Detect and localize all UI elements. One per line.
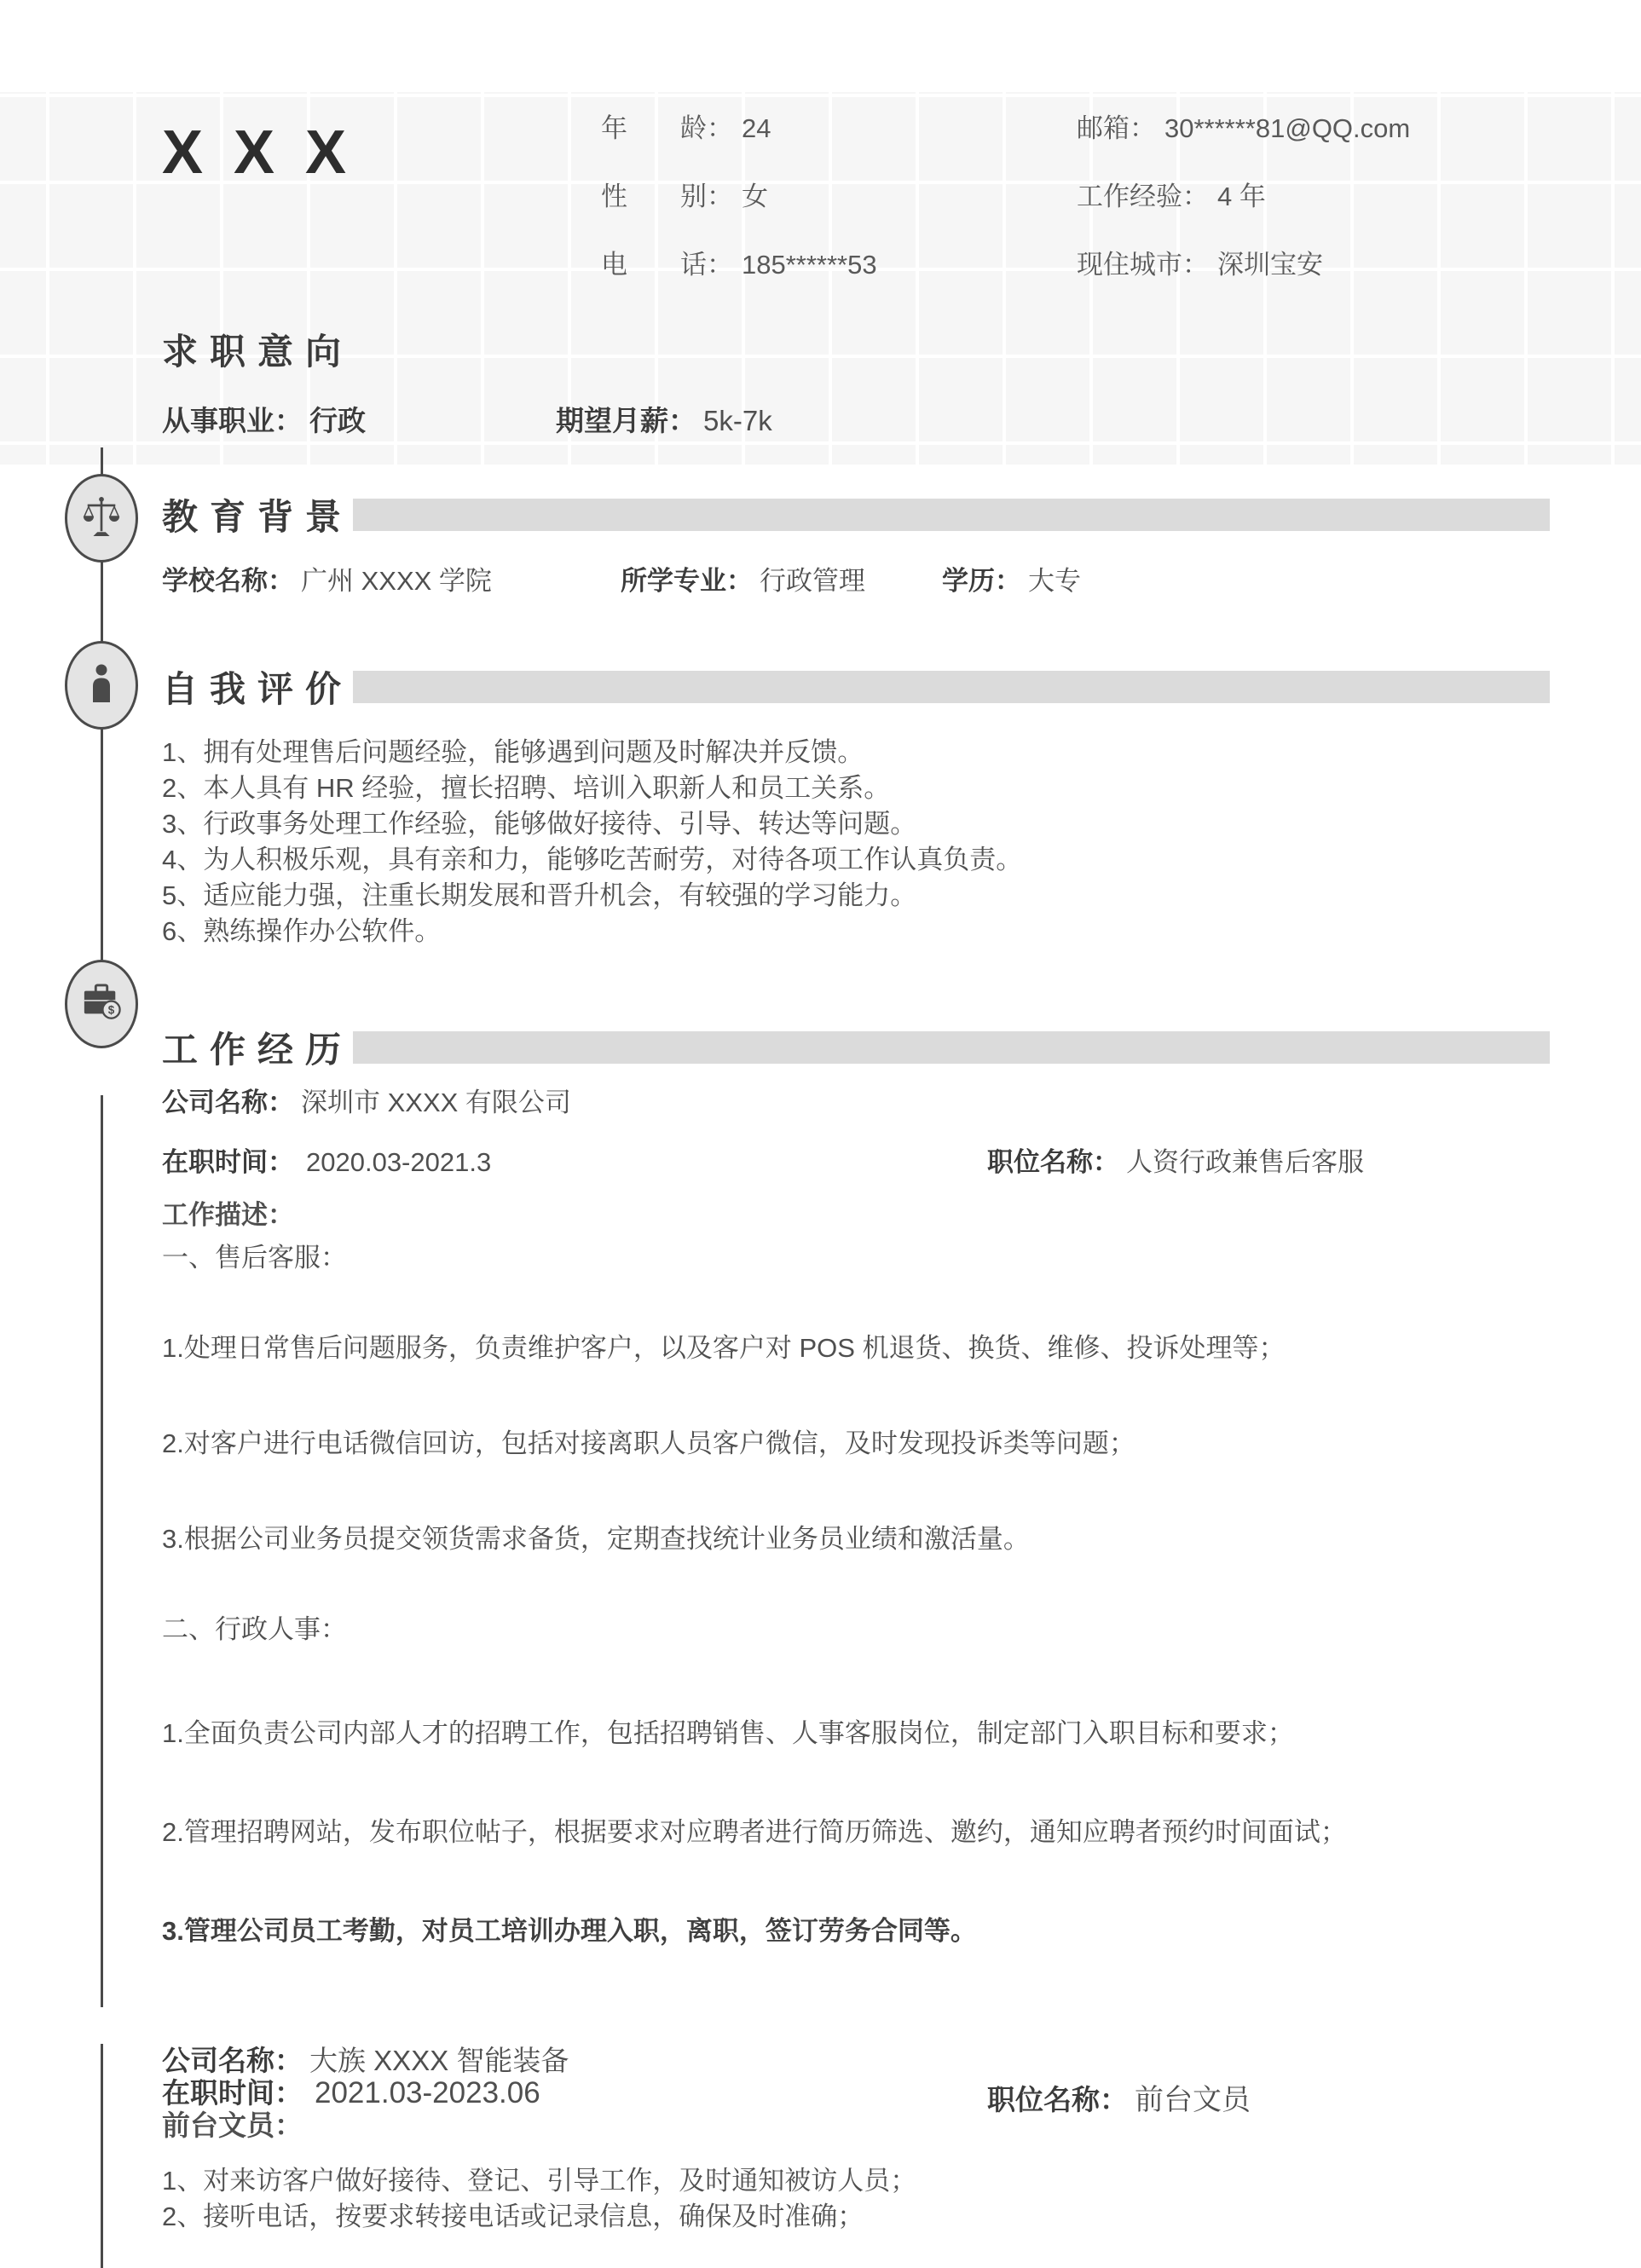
job2-period-value: 2021.03-2023.06 <box>315 2076 540 2109</box>
phone-label: 电 话： <box>601 250 733 280</box>
self-evaluation-list: 1、拥有处理售后问题经验，能够遇到问题及时解决并反馈。 2、本人具有 HR 经验… <box>162 735 1022 949</box>
job2-position-label: 职位名称： <box>987 2084 1128 2115</box>
self-evaluation-section-header: 自我评价 <box>162 665 1550 709</box>
degree-label: 学历： <box>942 566 1021 596</box>
degree-field: 学历：大专 <box>942 559 1081 597</box>
email-value: 30******81@QQ.com <box>1164 113 1410 143</box>
major-value: 行政管理 <box>760 566 865 596</box>
self-evaluation-section-bar <box>353 671 1550 703</box>
job1-section1-item: 1.处理日常售后问题服务，负责维护客户，以及客户对 POS 机退货、换货、维修、… <box>162 1326 1286 1365</box>
experience-value: 4 年 <box>1217 182 1266 211</box>
salary-label: 期望月薪： <box>556 405 696 436</box>
job1-section1-item: 3.根据公司业务员提交领货需求备货，定期查找统计业务员业绩和激活量。 <box>162 1517 1030 1555</box>
timeline-line-job2 <box>101 2044 103 2268</box>
gender-value: 女 <box>742 182 768 211</box>
job1-company-label: 公司名称： <box>162 1088 294 1117</box>
major-field: 所学专业：行政管理 <box>621 559 865 597</box>
occupation-value: 行政 <box>309 405 366 436</box>
salary-value: 5k-7k <box>703 405 772 436</box>
email-label: 邮箱： <box>1077 113 1156 143</box>
job1-period-value: 2020.03-2021.3 <box>306 1147 491 1177</box>
phone-value: 185******53 <box>742 250 877 280</box>
age-value: 24 <box>742 113 771 143</box>
education-section-bar <box>353 499 1550 531</box>
scales-icon <box>82 494 121 543</box>
education-icon-badge <box>65 474 138 563</box>
salary-row: 期望月薪：5k-7k <box>556 399 772 439</box>
job1-position-row: 职位名称：人资行政兼售后客服 <box>987 1140 1364 1179</box>
info-city-row: 现住城市：深圳宝安 <box>1077 243 1323 281</box>
degree-value: 大专 <box>1028 566 1081 596</box>
job-intention-title: 求职意向 <box>162 324 353 375</box>
job1-company-row: 公司名称：深圳市 XXXX 有限公司 <box>162 1081 571 1119</box>
job2-duty-item: 1、对来访客户做好接待、登记、引导工作，及时通知被访人员； <box>162 2163 916 2199</box>
job2-duties-list: 1、对来访客户做好接待、登记、引导工作，及时通知被访人员； 2、接听电话，按要求… <box>162 2163 916 2235</box>
job1-position-label: 职位名称： <box>987 1147 1119 1177</box>
major-label: 所学专业： <box>621 566 753 596</box>
info-gender-row: 性 别：女 <box>601 175 768 213</box>
candidate-name: X X X <box>162 118 353 188</box>
education-section-title: 教育背景 <box>162 489 353 540</box>
work-experience-icon-badge: $ <box>65 960 138 1048</box>
info-experience-row: 工作经验：4 年 <box>1077 175 1266 213</box>
job1-section2-heading: 二、行政人事： <box>162 1607 347 1646</box>
self-evaluation-item: 3、行政事务处理工作经验，能够做好接待、引导、转达等问题。 <box>162 806 1022 842</box>
self-evaluation-section-title: 自我评价 <box>162 661 353 713</box>
info-email-row: 邮箱：30******81@QQ.com <box>1077 107 1410 145</box>
occupation-label: 从事职业： <box>162 405 303 436</box>
job2-duty-item: 2、接听电话，按要求转接电话或记录信息，确保及时准确； <box>162 2199 916 2235</box>
self-evaluation-item: 1、拥有处理售后问题经验，能够遇到问题及时解决并反馈。 <box>162 735 1022 770</box>
job1-company-value: 深圳市 XXXX 有限公司 <box>301 1088 571 1117</box>
job1-period-label: 在职时间： <box>162 1147 294 1177</box>
self-evaluation-item: 6、熟练操作办公软件。 <box>162 914 1022 949</box>
job1-section1-item: 2.对客户进行电话微信回访，包括对接离职人员客户微信，及时发现投诉类等问题； <box>162 1422 1135 1460</box>
job1-section1-heading: 一、售后客服： <box>162 1236 347 1274</box>
gender-label: 性 别： <box>601 182 733 211</box>
timeline-line-job1 <box>101 1095 103 2007</box>
info-age-row: 年 龄：24 <box>601 107 771 145</box>
info-phone-row: 电 话：185******53 <box>601 243 877 281</box>
job1-section2-item: 3.管理公司员工考勤，对员工培训办理入职，离职，签订劳务合同等。 <box>162 1909 977 1948</box>
experience-label: 工作经验： <box>1077 182 1209 211</box>
resume-document: { "header": { "name": "X X X", "info": {… <box>0 0 1641 2268</box>
school-value: 广州 XXXX 学院 <box>301 566 492 596</box>
work-experience-section-title: 工作经历 <box>162 1022 353 1073</box>
job2-position-value: 前台文员 <box>1135 2084 1251 2116</box>
job1-description-label: 工作描述： <box>162 1193 294 1232</box>
briefcase-dollar-icon: $ <box>80 983 123 1026</box>
self-evaluation-item: 4、为人积极乐观，具有亲和力，能够吃苦耐劳，对待各项工作认真负责。 <box>162 842 1022 878</box>
work-experience-section-bar <box>353 1031 1550 1064</box>
city-label: 现住城市： <box>1077 250 1209 280</box>
self-evaluation-item: 5、适应能力强，注重长期发展和晋升机会，有较强的学习能力。 <box>162 878 1022 914</box>
job1-section2-item: 2.管理招聘网站，发布职位帖子，根据要求对应聘者进行简历筛选、邀约，通知应聘者预… <box>162 1810 1347 1849</box>
school-label: 学校名称： <box>162 566 294 596</box>
svg-text:$: $ <box>108 1003 115 1016</box>
self-evaluation-item: 2、本人具有 HR 经验，擅长招聘、培训入职新人和员工关系。 <box>162 770 1022 806</box>
age-label: 年 龄： <box>601 113 733 143</box>
job1-position-value: 人资行政兼售后客服 <box>1126 1147 1364 1177</box>
school-field: 学校名称：广州 XXXX 学院 <box>162 559 492 597</box>
person-icon <box>84 663 118 708</box>
city-value: 深圳宝安 <box>1217 250 1323 280</box>
education-section-header: 教育背景 <box>162 493 1550 537</box>
self-evaluation-icon-badge <box>65 641 138 730</box>
work-experience-section-header: 工作经历 <box>162 1025 1550 1070</box>
job2-role-heading: 前台文员： <box>162 2104 303 2144</box>
job2-position-row: 职位名称：前台文员 <box>987 2076 1251 2118</box>
occupation-row: 从事职业：行政 <box>162 399 366 439</box>
job1-period-row: 在职时间：2020.03-2021.3 <box>162 1140 491 1179</box>
job1-section2-item: 1.全面负责公司内部人才的招聘工作，包括招聘销售、人事客服岗位，制定部门入职目标… <box>162 1711 1294 1750</box>
